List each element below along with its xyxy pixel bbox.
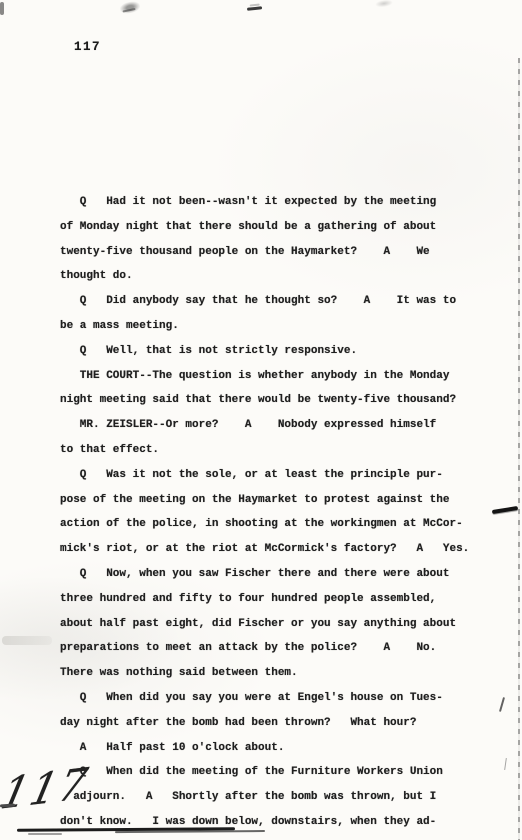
transcript-line: A Half past 10 o'clock about. [60,736,490,761]
ink-smudge [375,0,394,8]
transcript-line: MR. ZEISLER--Or more? A Nobody expressed… [60,413,490,438]
transcript-body: Q Had it not been--wasn't it expected by… [60,190,490,835]
transcript-line: Q Was it not the sole, or at least the p… [60,463,490,488]
page-number: 117 [74,40,101,54]
transcript-line: Q When did you say you were at Engel's h… [60,686,490,711]
transcript-line: of Monday night that there should be a g… [60,215,490,240]
transcript-line: THE COURT--The question is whether anybo… [60,364,490,389]
scan-edge-line [518,58,520,840]
transcript-line: three hundred and fifty to four hundred … [60,587,490,612]
ink-smudge [119,0,141,15]
transcript-line: There was nothing said between them. [60,661,490,686]
transcript-line: Q Did anybody say that he thought so? A … [60,289,490,314]
transcript-line: Q Now, when you saw Fischer there and th… [60,562,490,587]
margin-dash-mark [492,506,518,514]
transcript-line: adjourn. A Shortly after the bomb was th… [60,785,490,810]
scanned-transcript-page: 117 Q Had it not been--wasn't it expecte… [0,0,522,840]
transcript-line: thought do. [60,264,490,289]
transcript-line: preparations to meet an attack by the po… [60,636,490,661]
transcript-line: Q Well, that is not strictly responsive. [60,339,490,364]
bottom-rule [17,827,235,832]
transcript-line: Q When did the meeting of the Furniture … [60,760,490,785]
margin-tick-mark [504,758,507,770]
transcript-line: night meeting said that there would be t… [60,388,490,413]
ink-smudge [247,3,264,13]
transcript-line: day night after the bomb had been thrown… [60,711,490,736]
transcript-line: twenty-five thousand people on the Hayma… [60,240,490,265]
transcript-line: mick's riot, or at the riot at McCormick… [60,537,490,562]
margin-tick-mark [499,697,505,712]
transcript-line: to that effect. [60,438,490,463]
transcript-line: about half past eight, did Fischer or yo… [60,612,490,637]
transcript-line: pose of the meeting on the Haymarket to … [60,488,490,513]
transcript-line: Q Had it not been--wasn't it expected by… [60,190,490,215]
paper-stain [2,636,52,645]
corner-ink-mark [0,2,4,15]
transcript-line: be a mass meeting. [60,314,490,339]
transcript-line: action of the police, in shooting at the… [60,512,490,537]
bottom-rule-fragment [28,833,62,835]
